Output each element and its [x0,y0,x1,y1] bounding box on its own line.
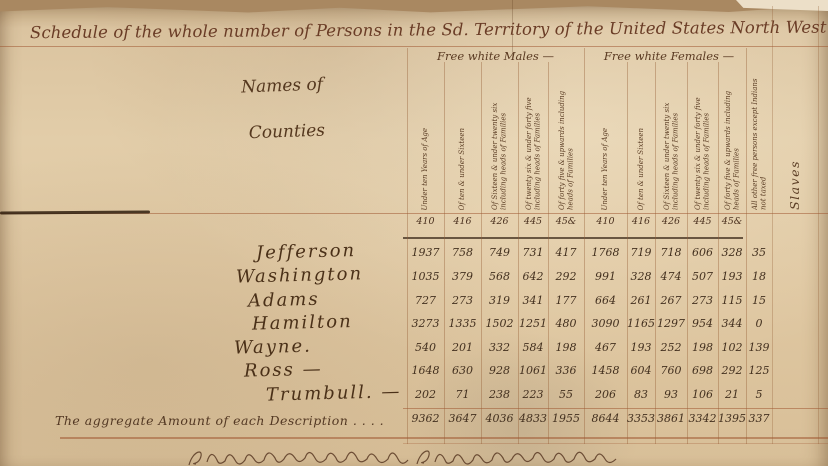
value-cell: 15 [746,294,772,307]
age-header-males-26-45: Of twenty six & under forty five includi… [518,64,548,210]
value-cell: 18 [746,270,772,283]
value-cell: 1937 [407,246,444,259]
value-cell: 341 [518,294,548,307]
cutoff-handwriting-line [185,448,655,466]
value-cell: 55 [548,388,584,401]
age-header-text: Of Sixteen & under twenty six including … [491,68,508,210]
torn-paper-edge [0,0,828,13]
value-cell: 139 [746,341,772,354]
aggregate-value-cell: 8644 [584,412,627,425]
header-text: Slaves [788,160,803,210]
value-cell: 642 [518,270,548,283]
value-cell: 719 [627,246,655,259]
age-header-text: Of twenty six & under forty five includi… [694,68,711,210]
value-cell: 604 [627,364,655,377]
age-header-text: Of ten & under Sixteen [458,128,466,211]
value-cell: 267 [655,294,687,307]
value-cell: 198 [687,341,718,354]
aggregate-value-cell: 4833 [518,412,548,425]
value-cell: 223 [518,388,548,401]
value-cell: 5 [746,388,772,401]
header-text: All other free persons except Indians no… [751,68,768,210]
age-header-text: Of ten & under Sixteen [637,128,645,211]
value-cell: 749 [481,246,518,259]
aggregate-value-cell: 3861 [655,412,687,425]
value-cell: 273 [687,294,718,307]
abbrev-label: 45& [548,216,584,227]
header-all-other-free-persons: All other free persons except Indians no… [746,64,772,210]
value-cell: 328 [718,246,746,259]
value-cell: 928 [481,364,518,377]
value-cell: 1458 [584,364,627,377]
value-cell: 1297 [655,317,687,330]
abbrev-label: 426 [655,216,687,227]
value-cell: 1502 [481,317,518,330]
value-cell: 417 [548,246,584,259]
value-cell: 21 [718,388,746,401]
value-cell: 1251 [518,317,548,330]
age-header-text: Under ten Years of Age [601,128,609,211]
value-cell: 177 [548,294,584,307]
value-cell: 1061 [518,364,548,377]
header-slaves: Slaves [772,64,818,210]
aggregate-row: The aggregate Amount of each Description… [0,409,828,436]
abbrev-label: 445 [518,216,548,227]
value-cell: 35 [746,246,772,259]
value-cell: 1648 [407,364,444,377]
value-cell: 125 [746,364,772,377]
value-cell: 193 [627,341,655,354]
value-cell: 718 [655,246,687,259]
value-cell: 344 [718,317,746,330]
aggregate-value-cell: 3342 [687,412,718,425]
age-header-text: Of Sixteen & under twenty six including … [663,68,680,210]
value-cell: 480 [548,317,584,330]
value-cell: 507 [687,270,718,283]
value-cell: 102 [718,341,746,354]
age-header-males-45up: Of forty five & upwards including heads … [548,64,584,210]
value-cell: 1165 [627,317,655,330]
abbrev-label: 445 [687,216,718,227]
value-cell: 3273 [407,317,444,330]
value-cell: 273 [444,294,481,307]
value-cell: 1768 [584,246,627,259]
value-cell: 1335 [444,317,481,330]
value-cell: 238 [481,388,518,401]
value-cell: 584 [518,341,548,354]
age-header-females-45up: Of forty five & upwards including heads … [718,64,746,210]
value-cell: 328 [627,270,655,283]
age-header-text: Of forty five & upwards including heads … [724,68,741,210]
age-header-males-10-16: Of ten & under Sixteen [444,64,481,210]
value-cell: 202 [407,388,444,401]
value-cell: 474 [655,270,687,283]
value-cell: 93 [655,388,687,401]
census-document-page: Schedule of the whole number of Persons … [0,0,828,466]
value-cell: 292 [548,270,584,283]
age-header-text: Of forty five & upwards including heads … [558,68,575,210]
value-cell: 731 [518,246,548,259]
abbrev-label: 45& [718,216,746,227]
rule-under-title [0,46,828,47]
value-cell: 292 [718,364,746,377]
age-header-males-under10: Under ten Years of Age [407,64,444,210]
value-cell: 201 [444,341,481,354]
value-cell: 319 [481,294,518,307]
value-cell: 954 [687,317,718,330]
value-cell: 760 [655,364,687,377]
rule-below-aggregate-2 [403,443,828,444]
value-cell: 540 [407,341,444,354]
age-header-text: Of twenty six & under forty five includi… [525,68,542,210]
value-cell: 261 [627,294,655,307]
value-cell: 630 [444,364,481,377]
aggregate-value-cell: 3647 [444,412,481,425]
age-header-females-26-45: Of twenty six & under forty five includi… [687,64,718,210]
value-cell: 758 [444,246,481,259]
value-cell: 115 [718,294,746,307]
abbrev-label: 416 [627,216,655,227]
value-cell: 467 [584,341,627,354]
names-of-label-line2: Counties [248,121,325,144]
value-cell: 0 [746,317,772,330]
county-name: Wayne. [234,332,434,358]
abbrev-label: 410 [407,216,444,227]
value-cell: 568 [481,270,518,283]
value-cell: 991 [584,270,627,283]
abbrev-label: 416 [444,216,481,227]
value-cell: 252 [655,341,687,354]
value-cell: 332 [481,341,518,354]
value-cell: 83 [627,388,655,401]
aggregate-value-cell: 1395 [718,412,746,425]
value-cell: 698 [687,364,718,377]
aggregate-label: The aggregate Amount of each Description… [55,413,384,428]
age-header-text: Under ten Years of Age [421,128,429,211]
aggregate-value-cell: 9362 [407,412,444,425]
group-header-free-white-males: Free white Males — [407,49,584,63]
group-header-free-white-females: Free white Females — [584,49,754,63]
value-cell: 193 [718,270,746,283]
value-cell: 664 [584,294,627,307]
aggregate-value-cell: 1955 [548,412,584,425]
abbrev-label: 426 [481,216,518,227]
value-cell: 1035 [407,270,444,283]
age-header-females-16-26: Of Sixteen & under twenty six including … [655,64,687,210]
value-cell: 71 [444,388,481,401]
abbrev-label: 410 [584,216,627,227]
age-header-females-10-16: Of ten & under Sixteen [627,64,655,210]
value-cell: 336 [548,364,584,377]
age-header-females-under10: Under ten Years of Age [584,64,627,210]
value-cell: 106 [687,388,718,401]
aggregate-value-cell: 4036 [481,412,518,425]
value-cell: 727 [407,294,444,307]
county-row-trumbull: Trumbull. — 202 71 238 223 55 206 83 93 … [0,384,828,408]
document-title: Schedule of the whole number of Persons … [30,17,828,42]
names-of-counties-label: Names of Counties [241,75,325,144]
value-cell: 606 [687,246,718,259]
names-of-label-line1: Names of [241,75,324,98]
value-cell: 206 [584,388,627,401]
age-header-males-16-26: Of Sixteen & under twenty six including … [481,64,518,210]
aggregate-value-cell: 3353 [627,412,655,425]
value-cell: 198 [548,341,584,354]
aggregate-value-cell: 337 [746,412,772,425]
value-cell: 379 [444,270,481,283]
value-cell: 3090 [584,317,627,330]
